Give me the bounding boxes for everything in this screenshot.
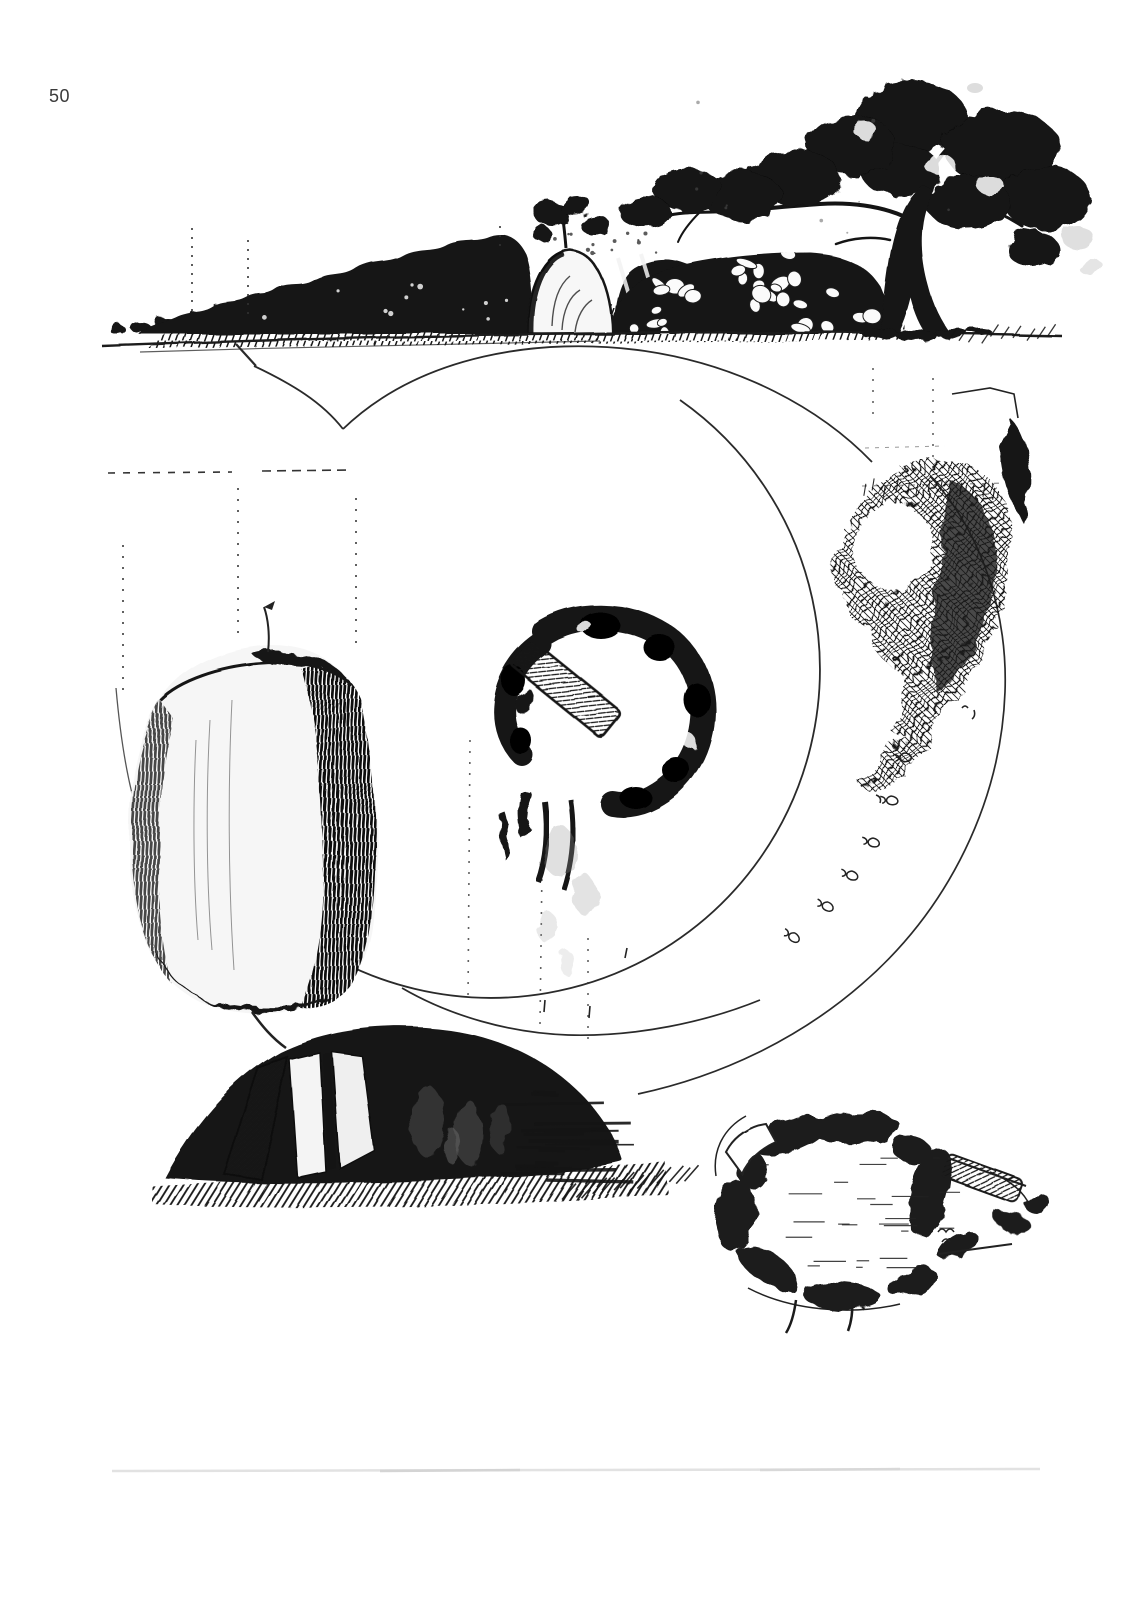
hatch-stroke (1001, 327, 1009, 339)
speckle (655, 251, 657, 253)
speckle (486, 317, 490, 321)
speckle (570, 233, 573, 236)
speckle (858, 201, 860, 203)
hatch-stroke (1037, 327, 1045, 339)
speckle (586, 248, 590, 252)
fade-streak (531, 1094, 558, 1096)
grass-squiggle (861, 833, 880, 850)
speckle (462, 308, 464, 310)
speckle (726, 204, 728, 206)
speckle (819, 219, 823, 223)
speckle (417, 284, 423, 290)
hatch-stroke (676, 1168, 690, 1184)
fade-streak (502, 1103, 603, 1105)
cobble-stone (737, 226, 762, 250)
speckle (591, 243, 594, 246)
speckle (553, 237, 557, 241)
speckle (388, 311, 393, 316)
speckle (871, 119, 875, 123)
speckle (699, 171, 702, 174)
speckle (179, 288, 184, 293)
speckle (192, 298, 198, 304)
speckle (947, 209, 950, 212)
book-page: 50 (0, 0, 1144, 1597)
grass-squiggle (784, 929, 800, 943)
speckle (410, 283, 413, 286)
blob-outline (952, 388, 1018, 418)
speckle (505, 299, 508, 302)
plan-cusp-curve (254, 366, 343, 429)
figure-barrow-elevation (102, 82, 1104, 365)
cobble-stone (853, 212, 873, 232)
stone-stem-flag (264, 601, 275, 610)
fade-streak (533, 1091, 555, 1092)
speckle (637, 241, 641, 245)
stone-pointer-line (252, 1012, 286, 1048)
plan-middle-circle-bottom (402, 988, 760, 1035)
speckle (590, 251, 594, 255)
speckle (611, 249, 614, 252)
figure-chamber-plan-oval (712, 1108, 1051, 1333)
fade-streak (532, 1170, 616, 1171)
speckle (184, 284, 186, 286)
fade-streak (529, 1141, 619, 1142)
barrow-dome (528, 250, 613, 334)
speckle (567, 233, 569, 235)
dome-shrub (530, 195, 611, 248)
plan-bottom-ticks (544, 948, 627, 1018)
speckle (846, 232, 848, 234)
speckle (643, 231, 647, 235)
speckle (210, 292, 216, 298)
hatch-stroke (669, 1166, 683, 1182)
grass-squiggle (840, 866, 858, 882)
blob-white-bay (853, 504, 933, 588)
chamber-smudges (536, 826, 598, 974)
hatch-stroke (1048, 324, 1056, 336)
speckle (695, 187, 698, 190)
speckle (724, 206, 727, 209)
grass-squiggle (817, 898, 834, 913)
figure-central-chamber-plan (499, 612, 710, 974)
hatch-stroke (685, 1165, 699, 1181)
speckle (613, 239, 617, 243)
fade-streak (535, 1163, 558, 1164)
faint-rule (112, 1469, 1040, 1471)
fade-streak (534, 1123, 560, 1124)
plate-illustration (0, 0, 1144, 1597)
grass-squiggle (879, 791, 899, 809)
speckle (262, 315, 267, 320)
speckle (203, 305, 206, 308)
figure-standing-stone (129, 601, 377, 1048)
plan-dashed-lines (108, 446, 1008, 486)
stone-stem (264, 607, 269, 652)
cobble-stone (735, 238, 748, 251)
speckle (696, 101, 700, 105)
cobble-stone (667, 343, 689, 365)
speckle (626, 232, 629, 235)
barrow-silhouette (138, 234, 534, 334)
figure-chamber-entrance-elevation (152, 1027, 699, 1208)
speckle (484, 301, 488, 305)
fade-streak (544, 1131, 618, 1132)
plan-cusp-tick (236, 344, 256, 366)
speckle (383, 309, 387, 313)
speckle (336, 289, 339, 292)
speckle (404, 295, 408, 299)
plan-middle-circle-top (343, 346, 872, 462)
